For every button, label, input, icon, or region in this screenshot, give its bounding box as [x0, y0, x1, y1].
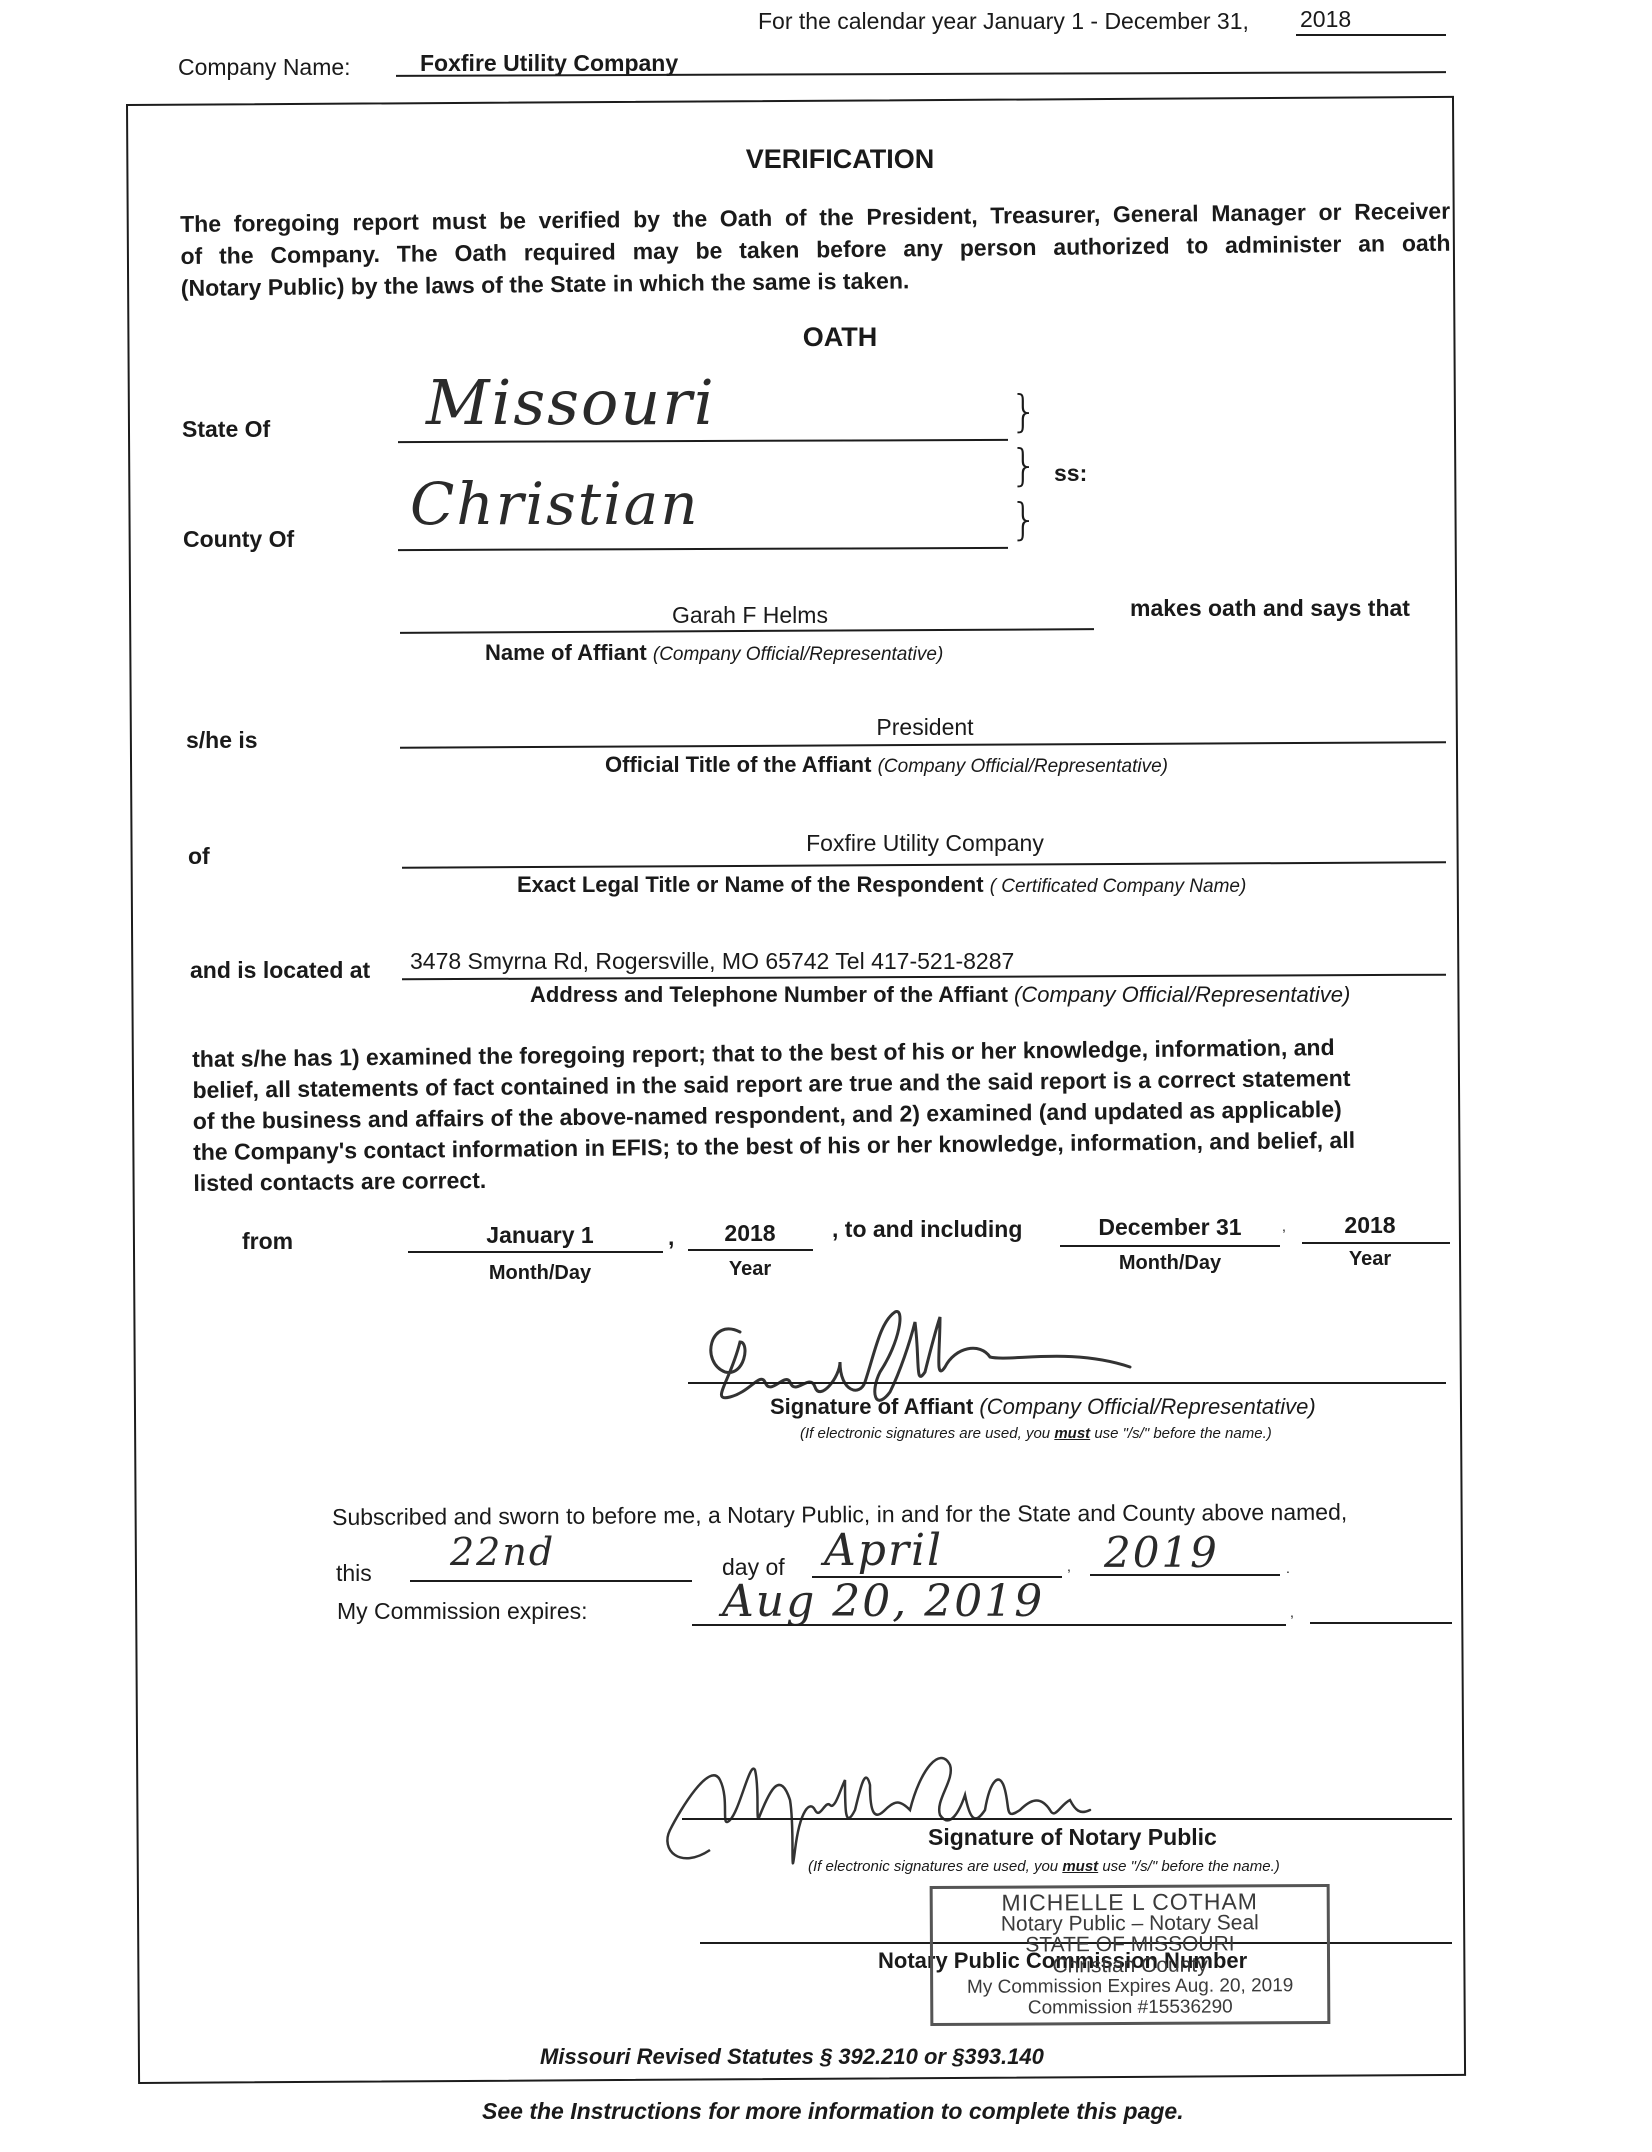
- note-must: must: [1054, 1425, 1090, 1442]
- brace-icon: }: [1010, 498, 1038, 542]
- caption-label: Address and Telephone Number of the Affi…: [530, 982, 1008, 1007]
- period: .: [1286, 1560, 1290, 1576]
- signature-text: Garah F Helms: [690, 1302, 697, 1303]
- affiant-signature-caption: Signature of Affiant (Company Official/R…: [770, 1394, 1316, 1420]
- respondent-value[interactable]: Foxfire Utility Company: [760, 830, 1090, 857]
- day-value[interactable]: 22nd: [450, 1530, 555, 1574]
- ss-label: ss:: [1054, 460, 1087, 487]
- caption-note: (Company Official/Representative): [878, 756, 1168, 777]
- address-value[interactable]: 3478 Smyrna Rd, Rogersville, MO 65742 Te…: [410, 948, 1014, 975]
- note-must: must: [1062, 1858, 1098, 1875]
- from-month-day-value[interactable]: January 1: [420, 1222, 660, 1249]
- to-year-value[interactable]: 2018: [1300, 1212, 1440, 1239]
- verification-title: VERIFICATION: [680, 144, 1000, 175]
- stamp-name: MICHELLE L COTHAM: [933, 1891, 1327, 1914]
- address-caption: Address and Telephone Number of the Affi…: [530, 982, 1350, 1008]
- calendar-year-label: For the calendar year January 1 - Decemb…: [758, 8, 1249, 35]
- this-label: this: [336, 1560, 372, 1587]
- caption-label: Official Title of the Affiant: [605, 752, 871, 777]
- notary-signature-caption: Signature of Notary Public: [928, 1824, 1217, 1851]
- calendar-year-value: 2018: [1300, 6, 1351, 33]
- note-text: use "/s/" before the name.): [1094, 1425, 1271, 1442]
- oath-statement: that s/he has 1) examined the foregoing …: [192, 1031, 1434, 1199]
- oath-title: OATH: [720, 322, 960, 353]
- caption-label: Name of Affiant: [485, 640, 647, 665]
- county-label: County Of: [183, 526, 294, 553]
- from-year-underline: [688, 1249, 813, 1251]
- stamp-line: Christian County: [933, 1954, 1327, 1977]
- stamp-line: My Commission Expires Aug. 20, 2019: [933, 1975, 1327, 1998]
- state-value[interactable]: Missouri: [426, 366, 716, 439]
- to-month-day-underline: [1060, 1245, 1280, 1247]
- month-day-caption: Month/Day: [420, 1262, 660, 1285]
- comma: ,: [1282, 1218, 1286, 1234]
- note-text: (If electronic signatures are used, you: [800, 1425, 1050, 1442]
- stamp-line: STATE OF MISSOURI: [933, 1933, 1327, 1956]
- county-value[interactable]: Christian: [410, 470, 700, 538]
- month-day-caption: Month/Day: [1070, 1252, 1270, 1275]
- to-month-day-value[interactable]: December 31: [1070, 1214, 1270, 1241]
- month-value[interactable]: April: [824, 1525, 943, 1576]
- from-year-value[interactable]: 2018: [690, 1220, 810, 1247]
- calendar-year-underline: [1296, 34, 1446, 36]
- caption-label: Signature of Affiant: [770, 1394, 973, 1419]
- stamp-line: Notary Public – Notary Seal: [933, 1912, 1327, 1935]
- instructions-text: See the Instructions for more informatio…: [482, 2098, 1184, 2125]
- located-label: and is located at: [190, 957, 370, 984]
- stamp-line: Commission #15536290: [933, 1996, 1327, 2019]
- notary-seal-stamp: MICHELLE L COTHAM Notary Public – Notary…: [930, 1884, 1331, 2026]
- affiant-signature-underline: [688, 1382, 1446, 1384]
- of-label: of: [188, 843, 210, 870]
- company-name-label: Company Name:: [178, 54, 351, 81]
- brace-icon: }: [1010, 444, 1038, 488]
- year-value[interactable]: 2019: [1104, 1528, 1219, 1577]
- notary-electronic-note: (If electronic signatures are used, you …: [808, 1858, 1280, 1875]
- affiant-name-caption: Name of Affiant (Company Official/Repres…: [485, 640, 943, 666]
- from-month-day-underline: [408, 1251, 663, 1253]
- statutes-text: Missouri Revised Statutes § 392.210 or §…: [540, 2044, 1044, 2070]
- note-text: use "/s/" before the name.): [1102, 1858, 1279, 1875]
- caption-note: (Company Official/Representative): [1014, 982, 1350, 1007]
- affiant-electronic-note: (If electronic signatures are used, you …: [800, 1425, 1272, 1442]
- brace-icon: }: [1010, 390, 1038, 434]
- title-value[interactable]: President: [800, 714, 1050, 741]
- company-name-value: Foxfire Utility Company: [420, 50, 678, 77]
- makes-oath-text: makes oath and says that: [1130, 595, 1410, 622]
- commission-extra-underline: [1310, 1622, 1452, 1624]
- year-underline: [1090, 1574, 1280, 1576]
- day-underline: [410, 1580, 692, 1582]
- year-caption: Year: [690, 1258, 810, 1281]
- state-label: State Of: [182, 416, 270, 443]
- from-label: from: [242, 1228, 293, 1255]
- note-text: (If electronic signatures are used, you: [808, 1858, 1058, 1875]
- comma: ,: [1067, 1558, 1071, 1574]
- verification-intro: The foregoing report must be verified by…: [180, 195, 1451, 304]
- notary-signature-underline: [682, 1818, 1452, 1820]
- to-label: , to and including: [832, 1216, 1022, 1243]
- signature-text: Michelle Cotham: [660, 1740, 668, 1741]
- caption-note: ( Certificated Company Name): [990, 876, 1247, 897]
- title-caption: Official Title of the Affiant (Company O…: [605, 752, 1168, 778]
- caption-label: Exact Legal Title or Name of the Respond…: [517, 872, 984, 897]
- commission-value[interactable]: Aug 20, 2019: [722, 1576, 1044, 1627]
- year-caption: Year: [1300, 1248, 1440, 1271]
- affiant-name-value[interactable]: Garah F Helms: [600, 602, 900, 629]
- commission-underline: [692, 1624, 1286, 1626]
- to-year-underline: [1302, 1242, 1450, 1244]
- comma: ,: [668, 1224, 674, 1251]
- caption-note: (Company Official/Representative): [979, 1394, 1315, 1419]
- comma: ,: [1290, 1604, 1294, 1620]
- commission-label: My Commission expires:: [337, 1598, 588, 1625]
- she-is-label: s/he is: [186, 727, 258, 754]
- respondent-caption: Exact Legal Title or Name of the Respond…: [517, 872, 1246, 898]
- caption-note: (Company Official/Representative): [653, 644, 943, 665]
